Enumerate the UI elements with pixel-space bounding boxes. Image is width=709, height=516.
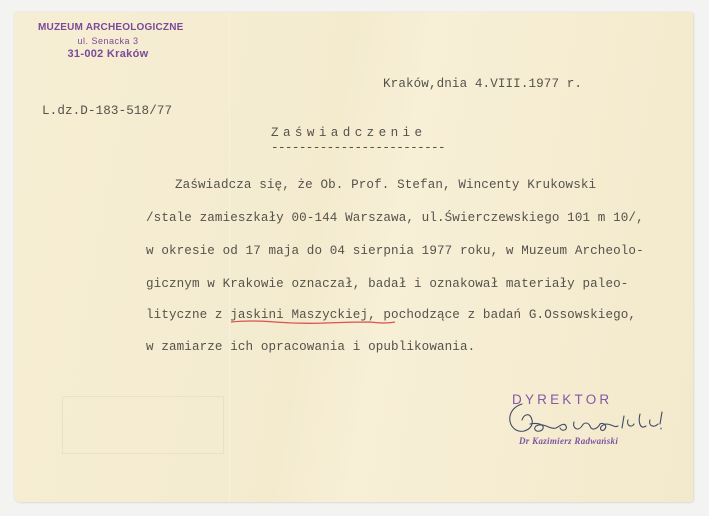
stamp-city: 31-002 Kraków: [38, 48, 178, 60]
body-line: w okresie od 17 maja do 04 sierpnia 1977…: [146, 244, 644, 258]
reference-number: L.dz.D-183-518/77: [42, 104, 172, 118]
title-underline: -------------------------: [271, 141, 445, 155]
director-name-stamp: Dr Kazimierz Radwański: [519, 436, 618, 446]
document-date: Kraków,dnia 4.VIII.1977 r.: [383, 77, 582, 91]
body-line: gicznym w Krakowie oznaczał, badał i ozn…: [146, 277, 628, 291]
stamp-street: ul. Senacka 3: [38, 36, 178, 46]
stamp-institution: MUZEUM ARCHEOLOGICZNE: [38, 22, 178, 33]
faint-stamp-impression: [62, 396, 224, 454]
red-underline-mark: [230, 319, 396, 325]
body-line: /stale zamieszkały 00-144 Warszawa, ul.Ś…: [146, 211, 644, 225]
document-title: Zaświadczenie: [271, 126, 426, 140]
letterhead-stamp: MUZEUM ARCHEOLOGICZNE ul. Senacka 3 31-0…: [38, 22, 178, 60]
body-line: w zamiarze ich opracowania i opublikowan…: [146, 340, 475, 354]
body-line: Zaświadcza się, że Ob. Prof. Stefan, Win…: [175, 178, 596, 192]
